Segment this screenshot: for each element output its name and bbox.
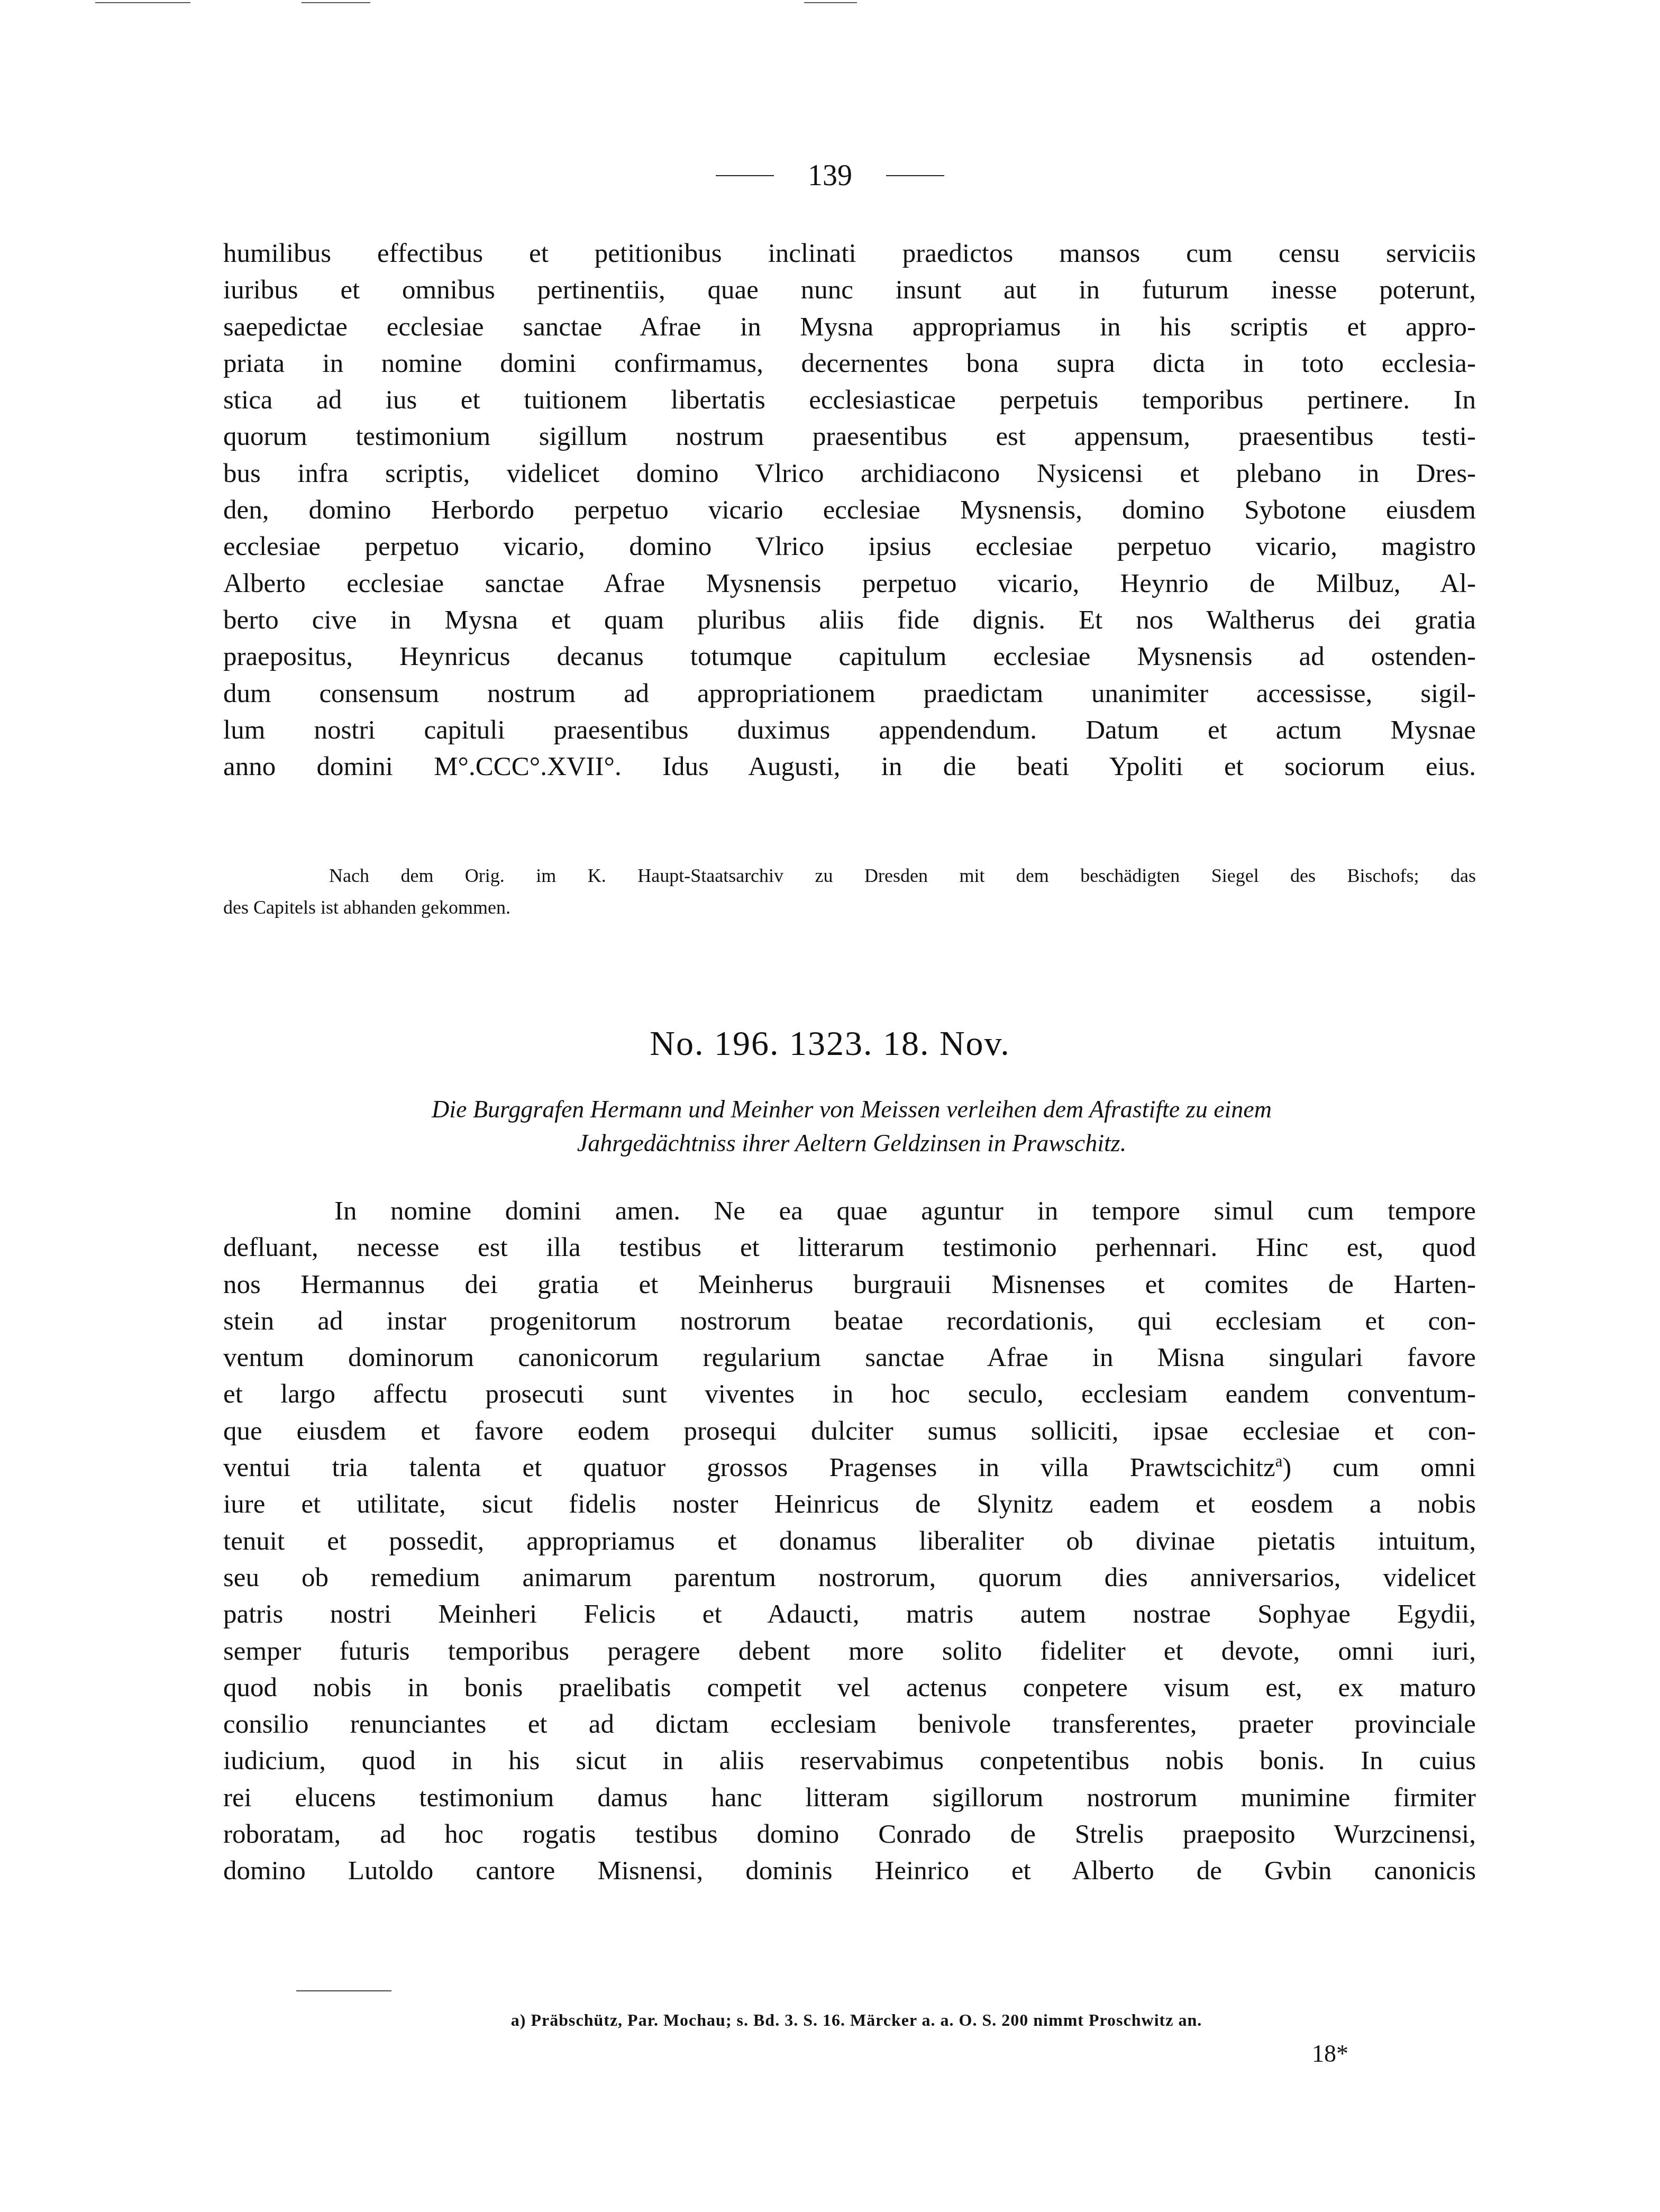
text-line: lum nostri capituli praesentibus duximus… [223,712,1476,749]
text-line: iure et utilitate, sicut fidelis noster … [223,1486,1476,1523]
text-fragment: ventui tria talenta et quatuor grossos P… [223,1453,1275,1482]
text-line: quorum testimonium sigillum nostrum prae… [223,418,1476,455]
text-fragment: ) cum omni [1282,1453,1476,1482]
text-line-with-footnote: ventui tria talenta et quatuor grossos P… [223,1450,1476,1486]
text-line: dum consensum nostrum ad appropriationem… [223,676,1476,712]
text-line: quod nobis in bonis praelibatis competit… [223,1670,1476,1706]
text-line: et largo affectu prosecuti sunt viventes… [223,1376,1476,1413]
previous-document-text: humilibus effectibus et petitionibus inc… [223,235,1476,785]
summary-line: Jahrgedächtniss ihrer Aeltern Geldzinsen… [307,1126,1397,1160]
text-line: stica ad ius et tuitionem libertatis ecc… [223,382,1476,418]
text-line: tenuit et possedit, appropriamus et dona… [223,1523,1476,1560]
text-line: In nomine domini amen. Ne ea quae aguntu… [223,1193,1476,1230]
text-line: defluant, necesse est illa testibus et l… [223,1230,1476,1266]
top-edge-rule [95,2,190,3]
text-line: priata in nomine domini confirmamus, dec… [223,345,1476,382]
footnote: a) Präbschütz, Par. Mochau; s. Bd. 3. S.… [0,2010,1660,2030]
text-line: iudicium, quod in his sicut in aliis res… [223,1743,1476,1779]
document-summary: Die Burggrafen Hermann und Meinher von M… [307,1093,1397,1160]
text-line: seu ob remedium animarum parentum nostro… [223,1560,1476,1596]
text-line: ventum dominorum canonicorum regularium … [223,1340,1476,1376]
text-line: iuribus et omnibus pertinentiis, quae nu… [223,272,1476,308]
text-line: bus infra scriptis, videlicet domino Vlr… [223,456,1476,492]
text-line: praepositus, Heynricus decanus totumque … [223,639,1476,675]
text-line: den, domino Herbordo perpetuo vicario ec… [223,492,1476,529]
text-line: consilio renunciantes et ad dictam eccle… [223,1706,1476,1743]
text-line: que eiusdem et favore eodem prosequi dul… [223,1413,1476,1450]
signature-mark: 18* [1312,2040,1348,2068]
top-edge-rule [302,2,370,3]
document-text: In nomine domini amen. Ne ea quae aguntu… [223,1193,1476,1890]
text-line: roboratam, ad hoc rogatis testibus domin… [223,1816,1476,1853]
top-edge-rule [804,2,857,3]
text-line: nos Hermannus dei gratia et Meinherus bu… [223,1267,1476,1303]
source-note: Nach dem Orig. im K. Haupt-Staatsarchiv … [223,860,1476,923]
text-line: saepedictae ecclesiae sanctae Afrae in M… [223,309,1476,345]
text-line: stein ad instar progenitorum nostrorum b… [223,1303,1476,1340]
text-line: patris nostri Meinheri Felicis et Adauct… [223,1596,1476,1633]
document-heading: No. 196. 1323. 18. Nov. [0,1024,1660,1064]
source-note-line: Nach dem Orig. im K. Haupt-Staatsarchiv … [223,860,1476,891]
header-dash-right [886,175,944,176]
text-line: humilibus effectibus et petitionibus inc… [223,235,1476,272]
text-line: semper futuris temporibus peragere deben… [223,1633,1476,1670]
text-line: Alberto ecclesiae sanctae Afrae Mysnensi… [223,566,1476,602]
text-line: anno domini M°.CCC°.XVII°. Idus Augusti,… [223,749,1476,785]
text-line: berto cive in Mysna et quam pluribus ali… [223,602,1476,639]
summary-line: Die Burggrafen Hermann und Meinher von M… [307,1093,1397,1126]
footnote-rule [296,1990,391,1991]
source-note-line: des Capitels ist abhanden gekommen. [223,891,1476,923]
text-line: domino Lutoldo cantore Misnensi, dominis… [223,1853,1476,1889]
page-header: 139 [0,159,1660,193]
header-dash-left [716,175,774,176]
footnote-marker[interactable]: a [1275,1452,1283,1470]
text-line: rei elucens testimonium damus hanc litte… [223,1780,1476,1816]
text-line: ecclesiae perpetuo vicario, domino Vlric… [223,529,1476,565]
page-number: 139 [808,159,852,192]
